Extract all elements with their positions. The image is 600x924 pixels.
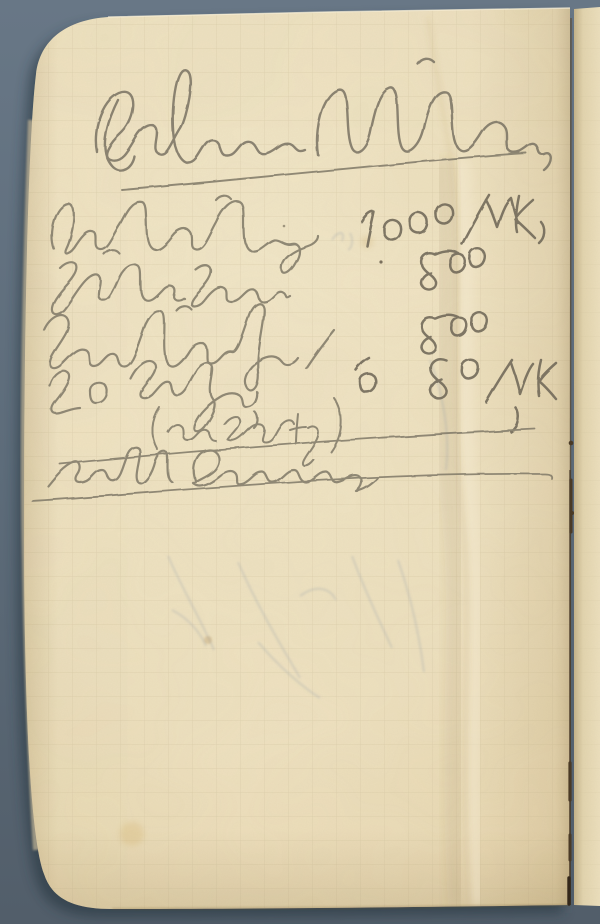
notebook-photo-svg (0, 0, 600, 924)
right-page-sliver (574, 7, 600, 906)
notebook-scan: Handwritten notebook page, pencil on squ… (0, 0, 600, 924)
